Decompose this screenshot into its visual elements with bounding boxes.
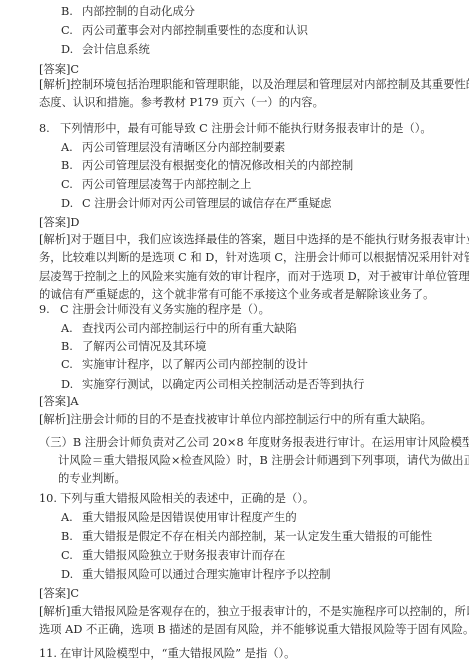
q10-option-b: B.重大错报是假定不存在相关内部控制，某一认定发生重大错报的可能性 xyxy=(61,529,432,544)
q10-option-a: A.重大错报风险是因错误使用审计程度产生的 xyxy=(61,510,297,525)
q8-option-d: D.C 注册会计师对丙公司管理层的诚信存在严重疑虑 xyxy=(61,196,331,211)
q7-analysis-line-1: [解析]控制环境包括治理职能和管理职能，以及治理层和管理层对内部控制及其重要性的 xyxy=(39,77,469,92)
section3-line-2: 计风险＝重大错报风险×检查风险）时，B 注册会计师遇到下列事项，请代为做出正确 xyxy=(58,453,469,468)
q8-analysis-line-4: 的诚信有严重疑虑的，这个就非常有可能不承接这个业务或者是解除该业务了。 xyxy=(39,287,434,302)
q9-stem: 9.C 注册会计师没有义务实施的程序是（）。 xyxy=(39,302,270,317)
q7-option-c: C.丙公司董事会对内部控制重要性的态度和认识 xyxy=(61,23,308,38)
q8-analysis-line-3: 层凌驾于控制之上的风险来实施有效的审计程序，而对于选项 D，对于被审计单位管理层 xyxy=(39,269,469,284)
q8-option-c: C.丙公司管理层凌驾于内部控制之上 xyxy=(61,177,251,192)
q11-stem: 11.在审计风险模型中，“重大错报风险” 是指（）。 xyxy=(39,646,295,661)
section3-line-1: （三）B 注册会计师负责对乙公司 20×8 年度财务报表进行审计。在运用审计风险… xyxy=(39,435,469,450)
q8-option-b: B.丙公司管理层没有根据变化的情况修改相关的内部控制 xyxy=(61,158,353,173)
q9-option-a: A.查找丙公司内部控制运行中的所有重大缺陷 xyxy=(61,321,297,336)
q9-option-c: C.实施审计程序，以了解丙公司内部控制的设计 xyxy=(61,357,308,372)
q10-option-c: C.重大错报风险独立于财务报表审计而存在 xyxy=(61,548,285,563)
q9-option-d: D.实施穿行测试，以确定丙公司相关控制活动是否等到执行 xyxy=(61,377,364,392)
q10-option-d: D.重大错报风险可以通过合理实施审计程序予以控制 xyxy=(61,567,331,582)
q7-analysis-line-2: 态度、认识和措施。参考教材 P179 页六（一）的内容。 xyxy=(39,95,324,110)
q9-analysis-line-1: [解析]注册会计师的目的不是查找被审计单位内部控制运行中的所有重大缺陷。 xyxy=(39,412,432,427)
q8-analysis-line-1: [解析]对于题目中，我们应该选择最佳的答案，题目中选择的是不能执行财务报表审计业 xyxy=(39,232,469,247)
q8-stem: 8.下列情形中，最有可能导致 C 注册会计师不能执行财务报表审计的是（）。 xyxy=(39,121,432,136)
q8-analysis-line-2: 务，比较难以判断的是选项 C 和 D，针对选项 C，注册会计师可以根据情况采用针… xyxy=(39,250,469,265)
q8-option-a: A.丙公司管理层没有清晰区分内部控制要素 xyxy=(61,140,285,155)
q10-answer: [答案]C xyxy=(39,586,79,601)
q9-answer: [答案]A xyxy=(39,394,79,409)
q7-answer: [答案]C xyxy=(39,62,79,77)
q10-stem: 10.下列与重大错报风险相关的表述中，正确的是（）。 xyxy=(39,491,314,506)
q9-option-b: B.了解丙公司情况及其环境 xyxy=(61,339,206,354)
q8-answer: [答案]D xyxy=(39,215,79,230)
section3-line-3: 的专业判断。 xyxy=(58,471,126,486)
q10-analysis-line-1: [解析]重大错报风险是客观存在的，独立于报表审计的，不是实施程序可以控制的，所以 xyxy=(39,604,469,619)
q7-option-b: B.内部控制的自动化成分 xyxy=(61,4,195,19)
q10-analysis-line-2: 选项 AD 不正确，选项 B 描述的是固有风险，并不能够说重大错报风险等于固有风… xyxy=(39,622,469,637)
q7-option-d: D.会计信息系统 xyxy=(61,42,150,57)
